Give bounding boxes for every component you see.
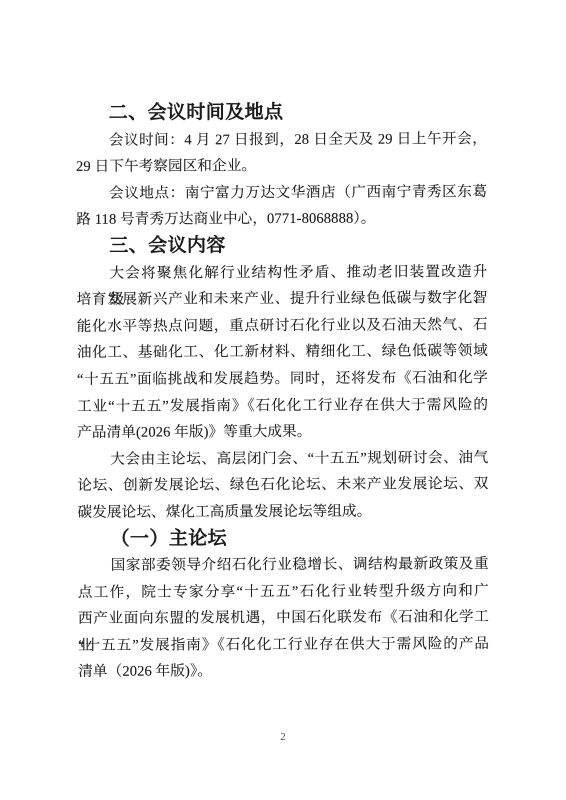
document-line: 油化工、基础化工、化工新材料、精细化工、绿色低碳等领域 xyxy=(77,338,488,366)
document-line: 清单（2026 年版)》。 xyxy=(78,658,489,686)
document-line: 能化水平等热点问题，重点研讨石化行业以及石油天然气、石 xyxy=(77,312,488,340)
document-line: 碳发展论坛、煤化工高质量发展论坛等组成。 xyxy=(77,498,488,526)
document-line: 大会将聚焦化解行业结构性矛盾、推动老旧装置改造升级、 xyxy=(76,259,487,287)
document-line: 大会由主论坛、高层闭门会、“十五五”规划研讨会、油气 xyxy=(77,445,488,473)
document-body-text: 二、会议时间及地点会议时间：4 月 27 日报到，28 日全天及 29 日上午开… xyxy=(76,99,490,686)
document-page: 二、会议时间及地点会议时间：4 月 27 日报到，28 日全天及 29 日上午开… xyxy=(0,0,566,800)
document-line: 二、会议时间及地点 xyxy=(76,99,487,127)
document-line: 西产业面向东盟的发展机遇，中国石化联发布《石油和化学工业 xyxy=(78,604,489,632)
document-line: 29 日下午考察园区和企业。 xyxy=(76,152,487,180)
document-line: 培育发展新兴产业和未来产业、提升行业绿色低碳与数字化智 xyxy=(77,285,488,313)
document-line: 三、会议内容 xyxy=(76,232,487,260)
page-number: 2 xyxy=(0,731,566,743)
document-line: “十五五”发展指南》《石化化工行业存在供大于需风险的产品 xyxy=(78,631,489,659)
document-line: （一）主论坛 xyxy=(78,525,489,553)
document-line: “十五五”面临挑战和发展趋势。同时，还将发布《石油和化学 xyxy=(77,365,488,393)
document-line: 路 118 号青秀万达商业中心，0771-8068888）。 xyxy=(76,205,487,233)
document-line: 论坛、创新发展论坛、绿色石化论坛、未来产业发展论坛、双 xyxy=(77,471,488,499)
document-line: 点工作，院士专家分享“十五五”石化行业转型升级方向和广 xyxy=(78,578,489,606)
document-line: 会议时间：4 月 27 日报到，28 日全天及 29 日上午开会， xyxy=(76,126,487,154)
document-line: 国家部委领导介绍石化行业稳增长、调结构最新政策及重 xyxy=(78,551,489,579)
document-line: 产品清单(2026 年版)》等重大成果。 xyxy=(77,418,488,446)
document-line: 会议地点：南宁富力万达文华酒店（广西南宁青秀区东葛 xyxy=(76,179,487,207)
document-line: 工业“十五五”发展指南》《石化化工行业存在供大于需风险的 xyxy=(77,392,488,420)
